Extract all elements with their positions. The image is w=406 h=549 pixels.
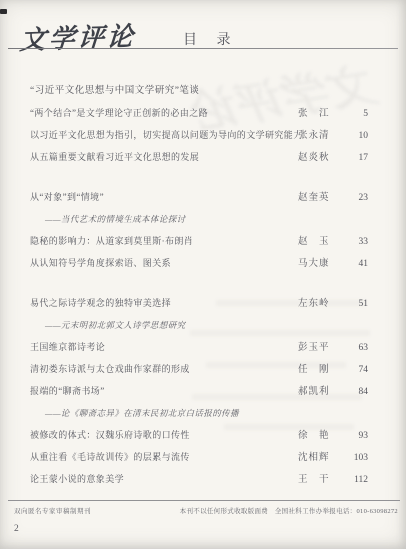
- footer-notice: 本刊不以任何形式收取版面费 全国社科工作办举报电话：010-63098272: [180, 506, 398, 515]
- toc-entry: 隐秘的影响力：从道家到莫里斯·布朗肖赵 玉33: [30, 230, 368, 252]
- toc-entry-page: 17: [344, 147, 368, 169]
- toc-entry-subtitle: ——元末明初北郭文人诗学思想研究: [30, 314, 368, 336]
- scan-artifact: [0, 9, 7, 14]
- footer-review-note: 双向匿名专家审稿制期刊: [14, 506, 91, 515]
- toc-entry-title: 论王蒙小说的意象美学: [30, 468, 298, 490]
- toc-entry-author: 王 干: [298, 469, 344, 491]
- toc-entry: 从认知符号学角度探索语、图关系马大康41: [30, 252, 368, 274]
- toc-entry-title: “两个结合”是文学理论守正创新的必由之路: [30, 102, 298, 124]
- toc-entry: 王国维京都诗考论彭玉平63: [30, 336, 368, 358]
- toc-entry: 从重注看《毛诗故训传》的层累与流传沈相辉103: [30, 446, 368, 468]
- toc-entry-author: 张 江: [298, 103, 344, 125]
- toc-entry-subtitle: ——论《聊斋志异》在清末民初北京白话报的传播: [30, 402, 368, 424]
- toc-entry-page: 84: [344, 381, 368, 403]
- scanned-toc-page: { "page": { "journal_logo": "文学评论", "toc…: [0, 0, 406, 549]
- toc-entry-page: 41: [344, 253, 368, 275]
- toc-entry-title: 从“对象”到“情境”: [30, 186, 298, 208]
- footer-rule: [8, 500, 400, 501]
- toc-entry-page: 51: [344, 293, 368, 315]
- toc-entry-author: 任 刚: [298, 359, 344, 381]
- toc-entry: “两个结合”是文学理论守正创新的必由之路张 江5: [30, 102, 368, 124]
- toc-entry-author: 赵炎秋: [298, 147, 344, 169]
- table-of-contents: “习近平文化思想与中国文学研究”笔谈“两个结合”是文学理论守正创新的必由之路张 …: [30, 80, 368, 490]
- toc-entry-page: 103: [344, 447, 368, 469]
- toc-entry-author: 赵 玉: [298, 231, 344, 253]
- toc-entry-title: 清初娄东诗派与太仓戏曲作家群的形成: [30, 358, 298, 380]
- toc-section: 从“对象”到“情境”赵奎英23——当代艺术的情境生成本体论探讨隐秘的影响力：从道…: [30, 186, 368, 274]
- toc-entry-title: 从认知符号学角度探索语、图关系: [30, 252, 298, 274]
- toc-entry-author: 左东岭: [298, 293, 344, 315]
- header-rule: [8, 48, 398, 49]
- toc-entry: 被修改的体式：汉魏乐府诗歌的口传性徐 艳93: [30, 424, 368, 446]
- page-number: 2: [14, 524, 19, 534]
- toc-entry-page: 23: [344, 187, 368, 209]
- toc-entry-author: 沈相辉: [298, 447, 344, 469]
- toc-entry-page: 33: [344, 231, 368, 253]
- toc-entry-author: 彭玉平: [298, 337, 344, 359]
- toc-entry-page: 93: [344, 425, 368, 447]
- toc-entry-page: 74: [344, 359, 368, 381]
- toc-entry-author: 赵奎英: [298, 187, 344, 209]
- toc-entry: 报端的“聊斋书场”郝凯利84: [30, 380, 368, 402]
- toc-entry-title: 以习近平文化思想为指引，切实提高以问题为导向的文学研究能力: [30, 124, 298, 146]
- toc-entry: 从五篇重要文献看习近平文化思想的发展赵炎秋17: [30, 146, 368, 168]
- toc-entry: 以习近平文化思想为指引，切实提高以问题为导向的文学研究能力张永清10: [30, 124, 368, 146]
- toc-entry-title: 被修改的体式：汉魏乐府诗歌的口传性: [30, 424, 298, 446]
- toc-title: 目 录: [183, 29, 239, 49]
- toc-entry-author: 张永清: [298, 125, 344, 147]
- toc-entry-title: 从五篇重要文献看习近平文化思想的发展: [30, 146, 298, 168]
- toc-section: “习近平文化思想与中国文学研究”笔谈“两个结合”是文学理论守正创新的必由之路张 …: [30, 80, 368, 168]
- toc-entry-page: 63: [344, 337, 368, 359]
- toc-entry-author: 郝凯利: [298, 381, 344, 403]
- toc-entry-page: 10: [344, 125, 368, 147]
- toc-entry: 从“对象”到“情境”赵奎英23: [30, 186, 368, 208]
- toc-entry-title: 报端的“聊斋书场”: [30, 380, 298, 402]
- toc-entry: 清初娄东诗派与太仓戏曲作家群的形成任 刚74: [30, 358, 368, 380]
- toc-entry-page: 112: [344, 469, 368, 491]
- toc-entry-author: 马大康: [298, 253, 344, 275]
- toc-entry: 易代之际诗学观念的独特审美选择左东岭51: [30, 292, 368, 314]
- toc-entry-author: 徐 艳: [298, 425, 344, 447]
- toc-section: 易代之际诗学观念的独特审美选择左东岭51——元末明初北郭文人诗学思想研究王国维京…: [30, 292, 368, 490]
- toc-entry: 论王蒙小说的意象美学王 干112: [30, 468, 368, 490]
- toc-entry-title: 易代之际诗学观念的独特审美选择: [30, 292, 298, 314]
- toc-entry-subtitle: ——当代艺术的情境生成本体论探讨: [30, 208, 368, 230]
- toc-section-header: “习近平文化思想与中国文学研究”笔谈: [30, 80, 368, 102]
- journal-logo: 文学评论: [19, 16, 138, 57]
- toc-entry-title: 隐秘的影响力：从道家到莫里斯·布朗肖: [30, 230, 298, 252]
- toc-entry-title: 从重注看《毛诗故训传》的层累与流传: [30, 446, 298, 468]
- toc-entry-page: 5: [344, 103, 368, 125]
- toc-entry-title: 王国维京都诗考论: [30, 336, 298, 358]
